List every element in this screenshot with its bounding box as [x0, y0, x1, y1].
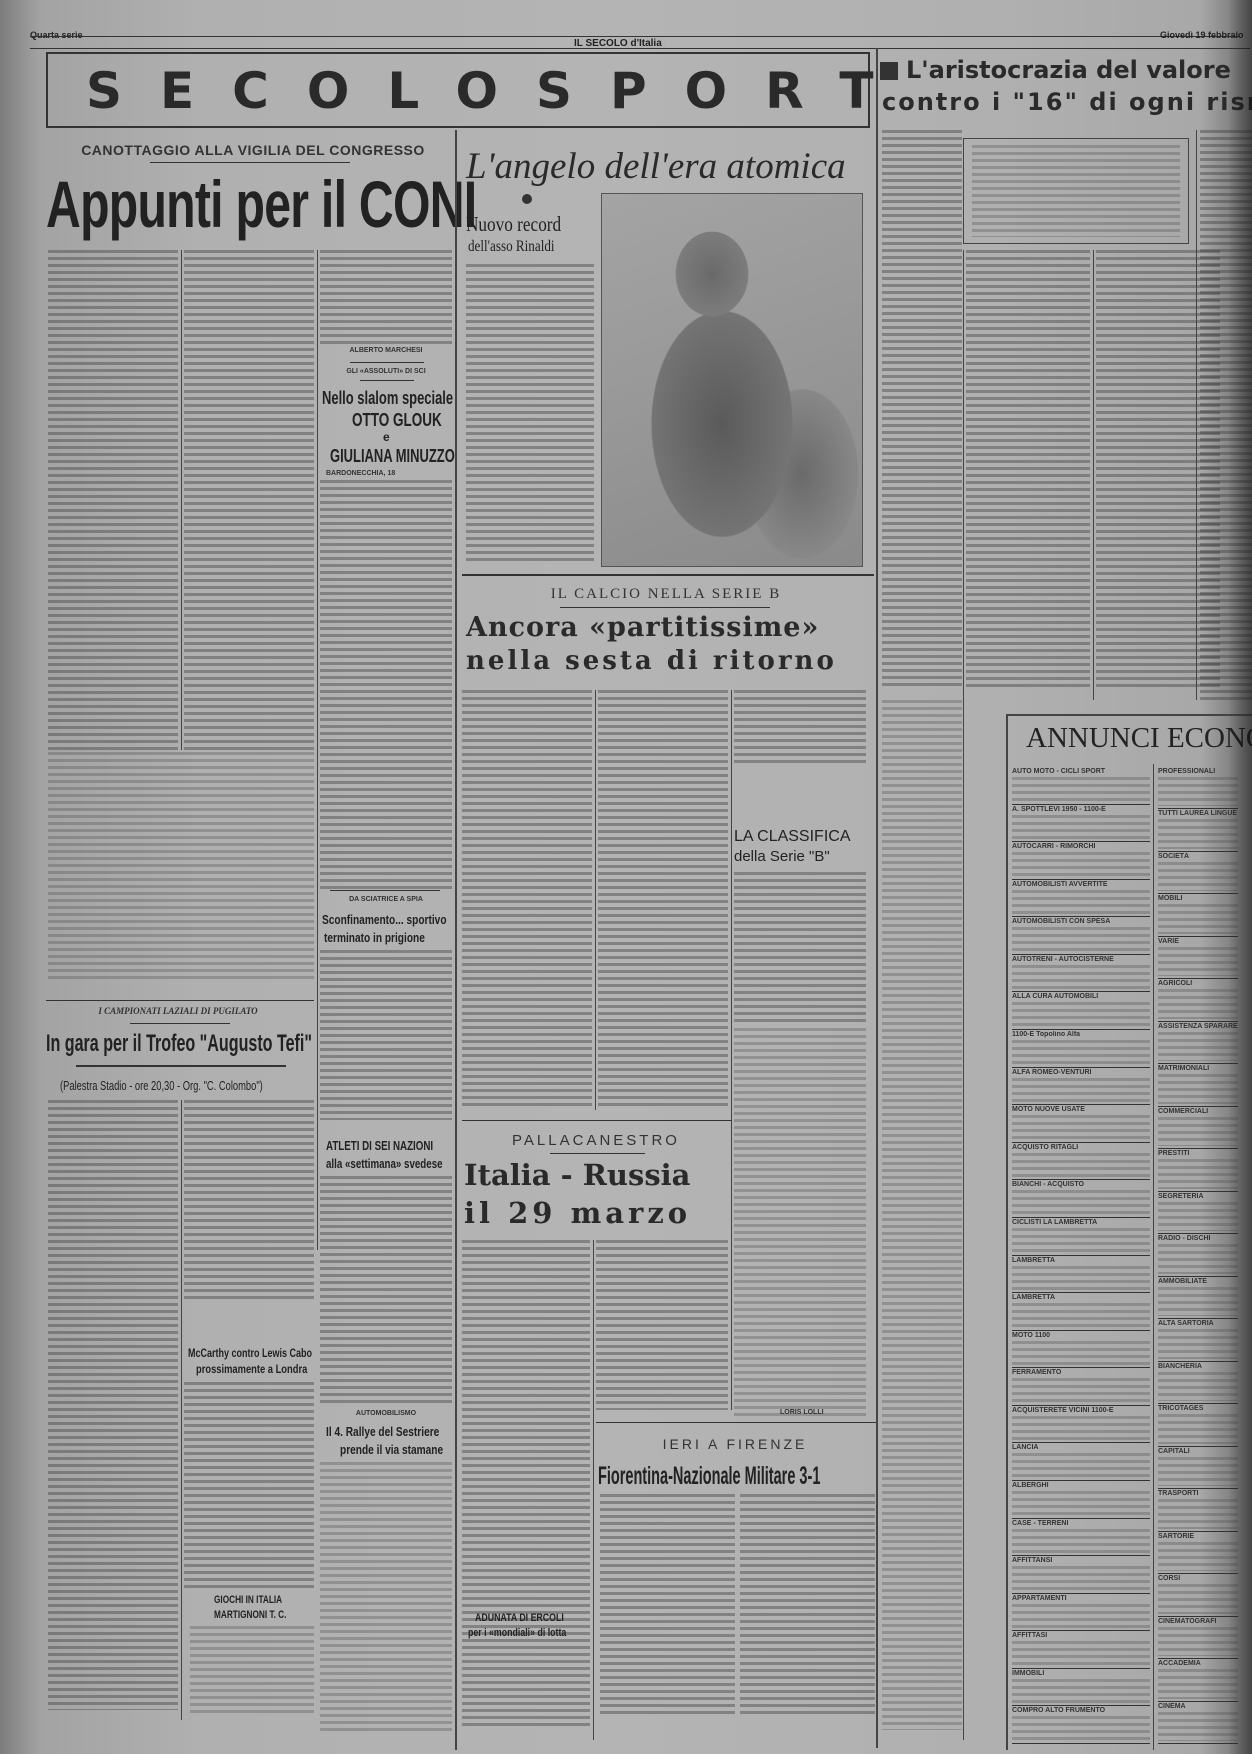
divider — [1158, 936, 1238, 937]
aristocrazia-body-col1 — [882, 130, 962, 690]
classified-ad-body — [1012, 890, 1150, 915]
classified-ad-heading: AUTOCARRI - RIMORCHI — [1012, 843, 1150, 850]
coni-body-col2 — [184, 250, 314, 750]
classified-ad-body — [1158, 1669, 1238, 1698]
slalom-headline-2: OTTO GLOUK — [352, 410, 442, 431]
classified-ad-body — [1158, 1414, 1238, 1443]
basket-body-col2 — [596, 1240, 728, 1410]
classified-ad-heading: PROFESSIONALI — [1158, 768, 1238, 775]
column-divider — [731, 690, 732, 1410]
slalom-headline-3: e — [383, 430, 390, 444]
divider — [1012, 1405, 1150, 1406]
column-divider — [1093, 250, 1094, 700]
coni-body-col3 — [320, 250, 452, 345]
classified-ad-heading: ALBERGHI — [1012, 1482, 1150, 1489]
divider — [1012, 1668, 1150, 1669]
sciatrice-kicker: DA SCIATRICE A SPIA — [320, 896, 452, 903]
giochi-headline-2: MARTIGNONI T. C. — [214, 1609, 286, 1621]
bullet-icon — [522, 194, 532, 204]
classified-ad-body — [1158, 1287, 1238, 1316]
classified-ad-heading: BIANCHERIA — [1158, 1363, 1238, 1370]
classified-ad-heading: AUTO MOTO - CICLI SPORT — [1012, 768, 1150, 775]
classified-ad-heading: SEGRETERIA — [1158, 1193, 1238, 1200]
divider — [1012, 804, 1150, 805]
divider — [1012, 1518, 1150, 1519]
divider — [1158, 1701, 1238, 1702]
column-divider — [876, 48, 878, 1748]
classified-ad-body — [1012, 1190, 1150, 1215]
classified-ad-heading: AUTOMOBILISTI AVVERTITE — [1012, 881, 1150, 888]
masthead-rule — [30, 36, 1240, 37]
basket-kicker: PALLACANESTRO — [466, 1132, 726, 1149]
classified-ad-heading: FERRAMENTO — [1012, 1369, 1150, 1376]
square-bullet-icon — [880, 62, 898, 80]
divider — [1012, 991, 1150, 992]
classified-ad-body — [1012, 1491, 1150, 1516]
classified-ad-body — [1012, 1604, 1150, 1629]
column-divider — [181, 250, 182, 750]
classified-ad-body — [1012, 1529, 1150, 1554]
pilot-photo — [601, 193, 863, 567]
firenze-kicker: IERI A FIRENZE — [600, 1436, 870, 1452]
classified-ad-body — [1012, 1416, 1150, 1441]
divider — [1012, 1367, 1150, 1368]
column-divider — [1196, 130, 1197, 700]
basket-body-col1 — [462, 1240, 590, 1730]
masthead-rule-2 — [30, 48, 1250, 49]
classified-ad-heading: BIANCHI - ACQUISTO — [1012, 1181, 1150, 1188]
classified-ad-body — [1012, 1002, 1150, 1027]
divider — [1012, 1067, 1150, 1068]
classified-ad-body — [1158, 1159, 1238, 1188]
classified-ad-heading: SOCIETÀ — [1158, 853, 1238, 860]
classified-ad-heading: ACQUISTERETE VICINI 1100-E — [1012, 1407, 1150, 1414]
angelo-body — [466, 264, 594, 564]
aristocrazia-headline-2: contro i "16" di ogni risma — [882, 88, 1252, 116]
giochi-body — [190, 1626, 314, 1716]
classified-ad-body — [1012, 852, 1150, 877]
firenze-body-col1 — [600, 1494, 735, 1714]
divider — [1158, 1403, 1238, 1404]
classified-ad-body — [1012, 1378, 1150, 1403]
classified-ad-body — [1012, 815, 1150, 840]
divider — [1012, 1029, 1150, 1030]
coni-kicker: CANOTTAGGIO ALLA VIGILIA DEL CONGRESSO — [78, 142, 428, 158]
classified-ad-body — [1012, 1453, 1150, 1478]
divider — [1012, 1593, 1150, 1594]
atleti-headline-1: ATLETI DI SEI NAZIONI — [326, 1138, 433, 1153]
classified-ad-heading: AGRICOLI — [1158, 980, 1238, 987]
classifieds-title: ANNUNCI ECONOMICI — [1026, 722, 1252, 755]
classified-ad-heading: MOTO NUOVE USATE — [1012, 1106, 1150, 1113]
classified-ad-body — [1012, 1078, 1150, 1103]
classified-ad-body — [1158, 1032, 1238, 1061]
divider — [1158, 1318, 1238, 1319]
classified-ad-heading: APPARTAMENTI — [1012, 1595, 1150, 1602]
divider — [1012, 1442, 1150, 1443]
column-divider — [593, 1240, 594, 1740]
classified-ad-body — [1012, 777, 1150, 802]
classified-ad-heading: CINEMA — [1158, 1703, 1238, 1710]
classified-ad-heading: MOBILI — [1158, 895, 1238, 902]
column-divider — [1153, 764, 1154, 1750]
classified-ad-body — [1012, 1716, 1150, 1741]
ercoli-headline-2: per i «mondiali» di lotta — [468, 1627, 566, 1639]
classified-ad-body — [1158, 1074, 1238, 1103]
classified-ad-body — [1012, 1566, 1150, 1591]
divider — [130, 1023, 230, 1024]
slalom-rule — [360, 380, 414, 381]
slalom-headline-1: Nello slalom speciale — [322, 388, 453, 409]
classified-ad-heading: ALTA SARTORIA — [1158, 1320, 1238, 1327]
classified-ad-body — [1158, 1457, 1238, 1486]
divider — [560, 607, 770, 608]
coni-byline: ALBERTO MARCHESI — [320, 347, 452, 354]
classified-ad-body — [1012, 1040, 1150, 1065]
divider — [1158, 1658, 1238, 1659]
divider — [1012, 1179, 1150, 1180]
coni-body-cont — [48, 752, 314, 982]
divider — [1012, 1142, 1150, 1143]
slalom-kicker: GLI «ASSOLUTI» DI SCI — [320, 368, 452, 375]
divider — [1012, 1705, 1150, 1706]
coni-body-col1 — [48, 250, 178, 750]
divider — [462, 574, 874, 576]
classified-ad-heading: ACQUISTO RITAGLI — [1012, 1144, 1150, 1151]
classified-ad-heading: LAMBRETTA — [1012, 1294, 1150, 1301]
classified-ad-body — [1012, 927, 1150, 952]
classified-ad-heading: AUTOTRENI - AUTOCISTERNE — [1012, 956, 1150, 963]
rallye-body — [320, 1462, 452, 1732]
classified-ad-heading: A. SPOTTLEVI 1950 - 1100-E — [1012, 806, 1150, 813]
divider — [1012, 1255, 1150, 1256]
divider — [1158, 893, 1238, 894]
divider — [1158, 1276, 1238, 1277]
divider — [1012, 1292, 1150, 1293]
classified-ad-heading: TRICOTAGES — [1158, 1405, 1238, 1412]
masthead-left: Quarta serie — [30, 30, 83, 40]
divider — [1158, 1021, 1238, 1022]
classified-ad-heading: LAMBRETTA — [1012, 1257, 1150, 1264]
divider — [1158, 978, 1238, 979]
divider — [1012, 954, 1150, 955]
column-divider — [455, 130, 457, 1750]
newspaper-page: Quarta serie IL SECOLO d'Italia Giovedì … — [0, 0, 1252, 1754]
section-banner: SECOLOSPORT — [46, 52, 870, 128]
calcio-headline-2: nella sesta di ritorno — [466, 646, 837, 676]
page-edge-shadow — [1228, 0, 1252, 1754]
classifica-title-2: della Serie "B" — [734, 848, 830, 865]
divider — [1158, 1531, 1238, 1532]
calcio-headline-1: Ancora «partitissime» — [466, 612, 819, 643]
classified-ad-body — [1158, 1202, 1238, 1231]
classified-ad-heading: 1100-E Topolino Alfa — [1012, 1031, 1150, 1038]
classifica-table — [734, 872, 866, 1022]
classified-ad-heading: VARIE — [1158, 938, 1238, 945]
coni-end-rule — [350, 362, 424, 363]
pugilato-subhead: (Palestra Stadio - ore 20,30 - Org. "C. … — [60, 1078, 263, 1093]
classified-ad-heading: CASE - TERRENI — [1012, 1520, 1150, 1527]
divider — [1158, 1233, 1238, 1234]
divider — [1012, 1217, 1150, 1218]
divider — [550, 1153, 645, 1154]
atleti-body — [320, 1176, 452, 1406]
classified-ad-heading: CAPITALI — [1158, 1448, 1238, 1455]
mccarthy-body — [184, 1382, 314, 1592]
divider — [1012, 841, 1150, 842]
mccarthy-headline-2: prossimamente a Londra — [196, 1362, 307, 1376]
divider — [1012, 1555, 1150, 1556]
column-divider — [181, 1100, 182, 1720]
firenze-headline: Fiorentina-Nazionale Militare 3-1 — [598, 1462, 820, 1491]
rallye-headline-2: prende il via stamane — [340, 1442, 443, 1457]
classified-ad-body — [1158, 1712, 1238, 1741]
aristocrazia-box — [963, 138, 1189, 244]
divider — [1012, 1630, 1150, 1631]
divider — [1012, 1480, 1150, 1481]
atleti-headline-2: alla «settimana» svedese — [326, 1156, 443, 1171]
classified-ad-body — [1012, 1341, 1150, 1366]
classified-ad-heading: CORSI — [1158, 1575, 1238, 1582]
sciatrice-headline-1: Sconfinamento... sportivo — [322, 912, 447, 927]
divider — [1012, 1743, 1150, 1744]
divider — [1158, 1446, 1238, 1447]
classified-ad-heading: CICLISTI LA LAMBRETTA — [1012, 1219, 1150, 1226]
calcio-kicker: IL CALCIO NELLA SERIE B — [466, 586, 866, 603]
aristocrazia-body-col2 — [966, 250, 1090, 690]
classified-ad-heading: ACCADEMIA — [1158, 1660, 1238, 1667]
classified-ad-body — [1158, 947, 1238, 976]
slalom-headline-4: GIULIANA MINUZZO — [330, 446, 455, 467]
classified-ad-body — [1158, 777, 1238, 806]
firenze-body-col2 — [740, 1494, 875, 1714]
classified-ad-body — [1158, 1627, 1238, 1656]
classified-ad-body — [1158, 819, 1238, 848]
classified-ad-body — [1012, 1679, 1150, 1704]
column-divider — [595, 690, 596, 1110]
classified-ad-heading: IMMOBILI — [1012, 1670, 1150, 1677]
pugilato-kicker: I CAMPIONATI LAZIALI DI PUGILATO — [58, 1006, 298, 1016]
divider — [1158, 1743, 1238, 1744]
mccarthy-headline-1: McCarthy contro Lewis Cabo — [188, 1346, 312, 1360]
pugilato-body-col2 — [184, 1100, 314, 1300]
divider — [1158, 1616, 1238, 1617]
classified-ad-body — [1012, 1153, 1150, 1178]
calcio-byline: LORIS LOLLI — [780, 1409, 824, 1416]
divider — [330, 890, 440, 891]
rallye-kicker: AUTOMOBILISMO — [320, 1410, 452, 1417]
classified-ad-body — [1158, 1584, 1238, 1613]
calcio-body-col1 — [462, 690, 592, 1110]
classified-ad-body — [1158, 989, 1238, 1018]
coni-headline: Appunti per il CONI — [46, 166, 476, 242]
ercoli-headline-1: ADUNATA DI ERCOLI — [475, 1612, 564, 1624]
divider — [46, 1000, 314, 1001]
slalom-dateline: BARDONECCHIA, 18 — [326, 470, 395, 477]
divider — [1158, 1191, 1238, 1192]
sciatrice-body — [320, 950, 452, 1120]
classified-ad-heading: PRESTITI — [1158, 1150, 1238, 1157]
classified-ad-body — [1158, 862, 1238, 891]
classified-ad-body — [1012, 965, 1150, 990]
coni-kicker-rule — [150, 162, 350, 163]
column-divider — [963, 250, 964, 1740]
divider — [462, 1120, 732, 1121]
divider — [1158, 1573, 1238, 1574]
classified-ad-heading: COMPRO ALTO FRUMENTO — [1012, 1707, 1150, 1714]
classified-ad-heading: ASSISTENZA SPARARE — [1158, 1023, 1238, 1030]
classified-ad-heading: TRASPORTI — [1158, 1490, 1238, 1497]
pugilato-headline: In gara per il Trofeo "Augusto Tefi" — [46, 1030, 312, 1058]
rallye-headline-1: Il 4. Rallye del Sestriere — [326, 1424, 439, 1439]
classified-ad-heading: TUTTI LAUREA LINGUE — [1158, 810, 1238, 817]
classified-ad-heading: MATRIMONIALI — [1158, 1065, 1238, 1072]
classified-ad-body — [1158, 904, 1238, 933]
divider — [1158, 1106, 1238, 1107]
section-banner-title: SECOLOSPORT — [48, 62, 868, 120]
divider — [1012, 1330, 1150, 1331]
slalom-body — [320, 480, 452, 890]
pugilato-body-col1 — [48, 1100, 178, 1710]
classified-ad-heading: CINEMATOGRAFI — [1158, 1618, 1238, 1625]
divider — [1158, 1488, 1238, 1489]
calcio-body-col2 — [598, 690, 728, 1110]
aristocrazia-headline-1: L'aristocrazia del valore — [906, 56, 1231, 84]
divider — [1158, 1148, 1238, 1149]
divider — [1012, 1104, 1150, 1105]
classified-ad-heading: AFFITTANSI — [1012, 1557, 1150, 1564]
divider — [1158, 1361, 1238, 1362]
classified-ad-heading: ALLA CURA AUTOMOBILI — [1012, 993, 1150, 1000]
classifica-title-1: LA CLASSIFICA — [734, 828, 851, 846]
classified-ad-body — [1158, 1244, 1238, 1273]
classified-ad-body — [1012, 1266, 1150, 1291]
aristocrazia-box-text — [972, 145, 1180, 237]
divider — [1158, 1063, 1238, 1064]
classified-ad-heading: COMMERCIALI — [1158, 1108, 1238, 1115]
classified-ad-body — [1158, 1372, 1238, 1401]
classified-ad-heading: AMMOBILIATE — [1158, 1278, 1238, 1285]
classified-ad-heading: RADIO - DISCHI — [1158, 1235, 1238, 1242]
classified-ad-body — [1158, 1117, 1238, 1146]
divider — [1158, 851, 1238, 852]
giochi-headline-1: GIOCHI IN ITALIA — [214, 1594, 282, 1606]
divider — [596, 1422, 876, 1423]
basket-headline-2: il 29 marzo — [464, 1196, 691, 1230]
aristocrazia-body-cont — [882, 700, 962, 1730]
basket-headline-1: Italia - Russia — [464, 1158, 690, 1192]
divider — [1012, 916, 1150, 917]
classified-ad-body — [1012, 1115, 1150, 1140]
angelo-subhead-1: Nuovo record — [466, 212, 561, 237]
classified-ad-heading: ALFA ROMEO-VENTURI — [1012, 1069, 1150, 1076]
classified-ad-body — [1158, 1329, 1238, 1358]
classified-ad-body — [1158, 1499, 1238, 1528]
sciatrice-headline-2: terminato in prigione — [324, 930, 425, 945]
divider — [1158, 808, 1238, 809]
classified-ad-heading: AFFITTASI — [1012, 1632, 1150, 1639]
divider — [76, 1065, 286, 1067]
angelo-subhead-2: dell'asso Rinaldi — [468, 238, 555, 256]
classified-ad-heading: AUTOMOBILISTI CON SPESA — [1012, 918, 1150, 925]
divider — [1012, 879, 1150, 880]
classified-ad-body — [1158, 1542, 1238, 1571]
angelo-headline: L'angelo dell'era atomica — [466, 145, 846, 188]
classified-ad-heading: MOTO 1100 — [1012, 1332, 1150, 1339]
classified-ad-body — [1012, 1228, 1150, 1253]
classified-ad-body — [1012, 1641, 1150, 1666]
classified-ad-heading: LANCIA — [1012, 1444, 1150, 1451]
calcio-body-col3 — [734, 690, 866, 766]
calcio-body-col3-cont — [734, 1028, 866, 1418]
classified-ad-heading: SARTORIE — [1158, 1533, 1238, 1540]
column-divider — [317, 250, 318, 1250]
classified-ad-body — [1012, 1303, 1150, 1328]
